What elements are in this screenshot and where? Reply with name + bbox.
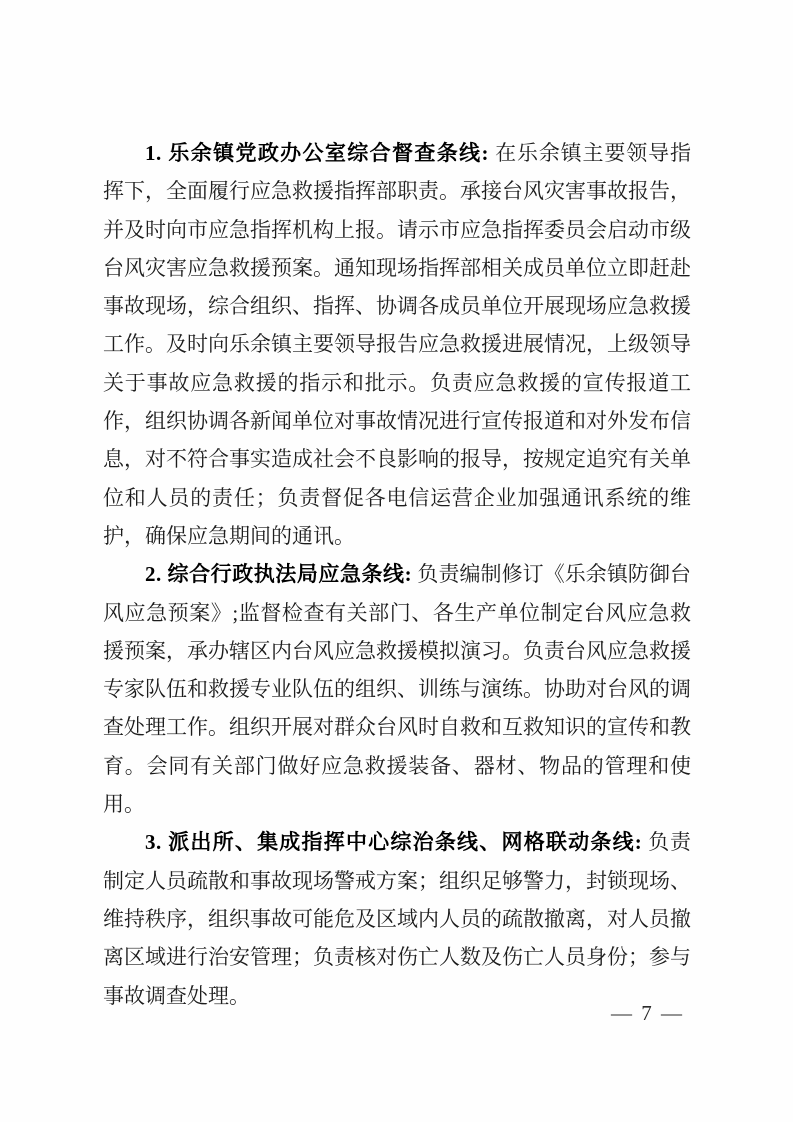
paragraph-1: 1. 乐余镇党政办公室综合督查条线: 在乐余镇主要领导指挥下，全面履行应急救援指… bbox=[103, 134, 691, 555]
paragraph-1-body: 在乐余镇主要领导指挥下，全面履行应急救援指挥部职责。承接台风灾害事故报告，并及时… bbox=[103, 141, 691, 548]
document-body: 1. 乐余镇党政办公室综合督查条线: 在乐余镇主要领导指挥下，全面履行应急救援指… bbox=[103, 134, 691, 1015]
paragraph-2-heading: 2. 综合行政执法局应急条线: bbox=[145, 562, 412, 586]
paragraph-3-heading: 3. 派出所、集成指挥中心综治条线、网格联动条线: bbox=[145, 830, 642, 854]
paragraph-3-body: 负责制定人员疏散和事故现场警戒方案；组织足够警力，封锁现场、维持秩序，组织事故可… bbox=[103, 830, 691, 1007]
page-number: — 7 — bbox=[611, 1001, 684, 1026]
paragraph-2-body: 负责编制修订《乐余镇防御台风应急预案》;监督检查有关部门、各生产单位制定台风应急… bbox=[103, 562, 691, 816]
document-page: 1. 乐余镇党政办公室综合督查条线: 在乐余镇主要领导指挥下，全面履行应急救援指… bbox=[0, 0, 793, 1122]
paragraph-3: 3. 派出所、集成指挥中心综治条线、网格联动条线: 负责制定人员疏散和事故现场警… bbox=[103, 823, 691, 1014]
paragraph-1-heading: 1. 乐余镇党政办公室综合督查条线: bbox=[145, 141, 489, 165]
paragraph-2: 2. 综合行政执法局应急条线: 负责编制修订《乐余镇防御台风应急预案》;监督检查… bbox=[103, 555, 691, 823]
